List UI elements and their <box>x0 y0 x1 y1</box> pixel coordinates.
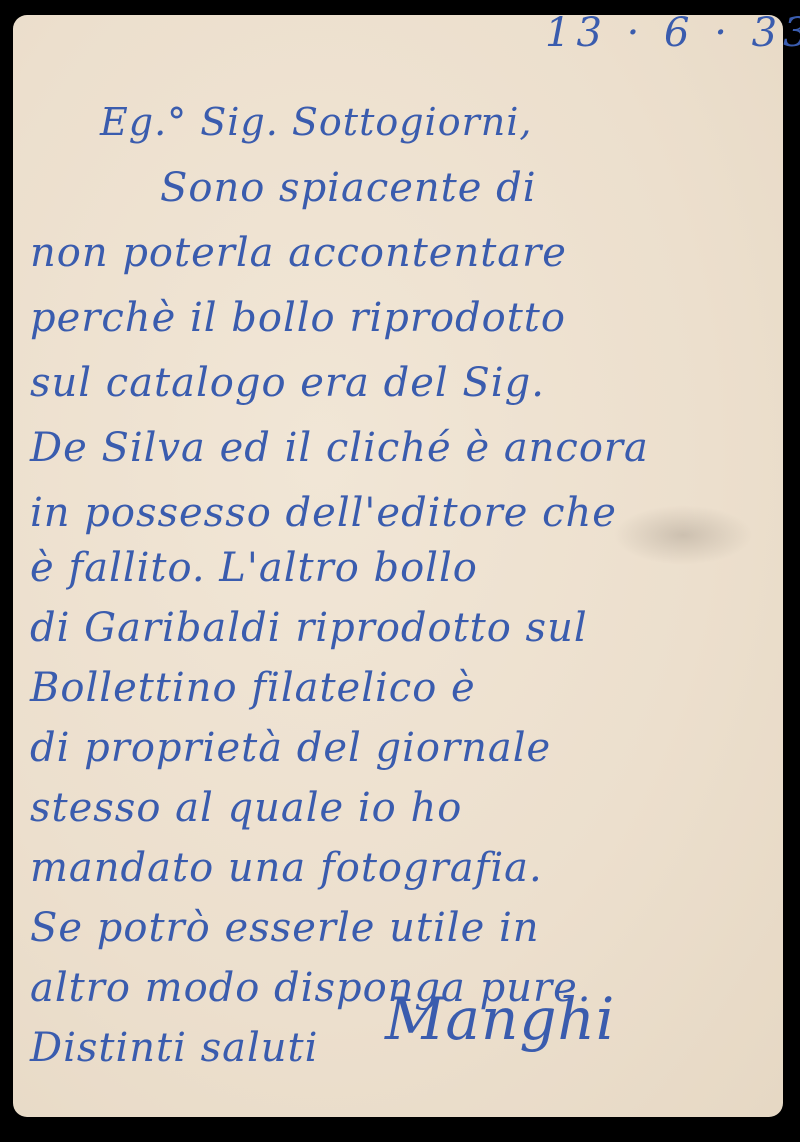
letter-date: 13 · 6 · 33 <box>545 10 800 56</box>
body-line: Se potrò esserle utile in <box>30 905 540 951</box>
body-line: Distinti saluti <box>30 1025 318 1071</box>
body-line: di Garibaldi riprodotto sul <box>30 605 588 651</box>
body-line: De Silva ed il cliché è ancora <box>30 425 649 471</box>
body-line: in possesso dell'editore che <box>30 490 617 536</box>
body-line: Sono spiacente di <box>160 165 537 211</box>
body-line: è fallito. L'altro bollo <box>30 545 478 591</box>
body-line: non poterla accontentare <box>30 230 567 276</box>
paper-stain <box>613 505 753 565</box>
body-line: di proprietà del giornale <box>30 725 551 771</box>
body-line: stesso al quale io ho <box>30 785 462 831</box>
body-line: Bollettino filatelico è <box>30 665 476 711</box>
signature: Manghi <box>385 985 615 1053</box>
body-line: sul catalogo era del Sig. <box>30 360 545 406</box>
letter-salutation: Eg.° Sig. Sottogiorni, <box>100 100 532 144</box>
body-line: mandato una fotografia. <box>30 845 543 891</box>
body-line: perchè il bollo riprodotto <box>30 295 566 341</box>
